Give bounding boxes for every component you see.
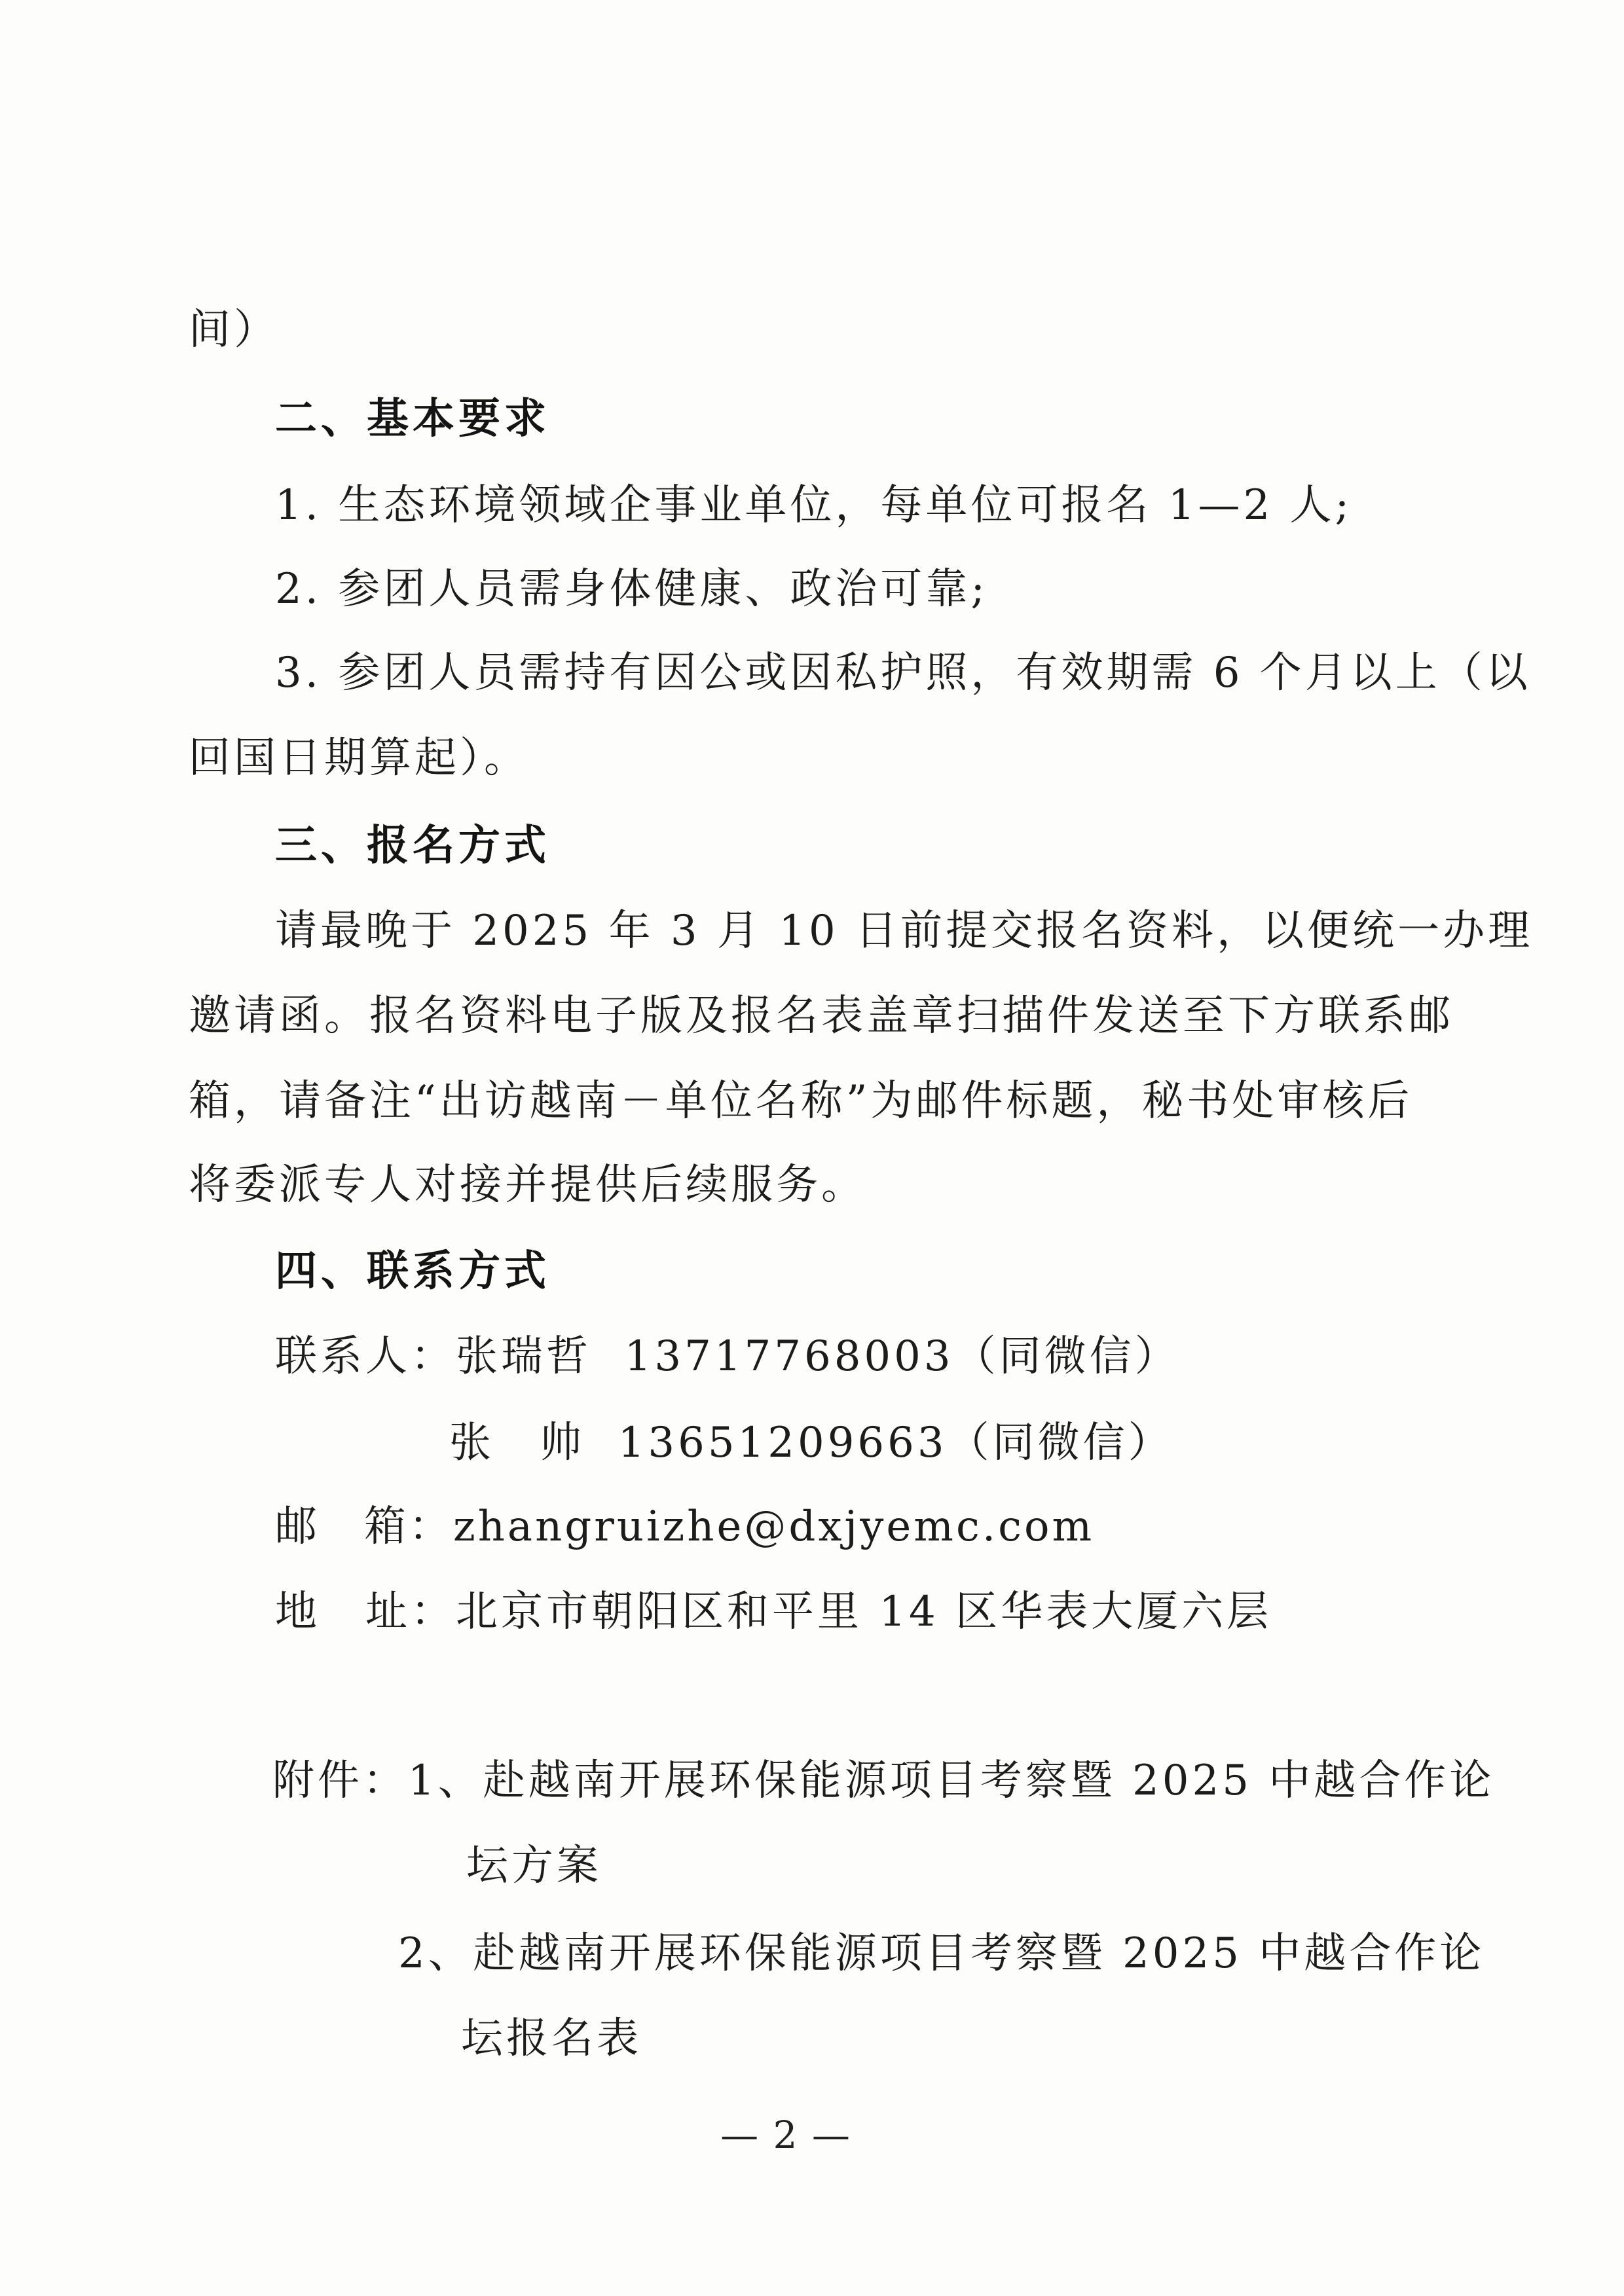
carryover-line: 间） xyxy=(189,309,279,351)
requirement-item-3-line-1: 3. 参团人员需持有因公或因私护照，有效期需 6 个月以上（以 xyxy=(275,652,1531,694)
registration-para-line-2: 邀请函。报名资料电子版及报名表盖章扫描件发送至下方联系邮 xyxy=(189,995,1454,1037)
page-number-footer: — 2 — xyxy=(0,2116,1572,2154)
registration-para-line-3: 箱，请备注“出访越南－单位名称”为邮件标题，秘书处审核后 xyxy=(189,1080,1412,1122)
section-heading-basic-requirements: 二、基本要求 xyxy=(275,398,550,440)
attachment-line-4: 坛报名表 xyxy=(461,2018,642,2060)
registration-para-line-4: 将委派专人对接并提供后续服务。 xyxy=(189,1164,866,1206)
contact-email-line: 邮 箱：zhangruizhe@dxjyemc.com xyxy=(275,1506,1094,1548)
registration-para-line-1: 请最晚于 2025 年 3 月 10 日前提交报名资料，以便统一办理 xyxy=(275,910,1533,952)
document-page: 间） 二、基本要求 1. 生态环境领域企事业单位，每单位可报名 1—2 人; 2… xyxy=(0,0,1624,2296)
attachment-line-1: 附件：1、赴越南开展环保能源项目考察暨 2025 中越合作论 xyxy=(272,1760,1494,1802)
attachment-line-3: 2、赴越南开展环保能源项目考察暨 2025 中越合作论 xyxy=(398,1933,1485,1975)
requirement-item-3-line-2: 回国日期算起）。 xyxy=(189,737,529,779)
contact-person-2: 张 帅 13651209663（同微信） xyxy=(449,1422,1173,1464)
requirement-item-1: 1. 生态环境领域企事业单位，每单位可报名 1—2 人; xyxy=(275,484,1352,526)
attachment-line-2: 坛方案 xyxy=(466,1845,602,1887)
section-heading-registration: 三、报名方式 xyxy=(275,825,550,867)
contact-person-1: 联系人：张瑞哲 13717768003（同微信） xyxy=(275,1336,1180,1377)
contact-address-line: 地 址：北京市朝阳区和平里 14 区华表大厦六层 xyxy=(275,1591,1272,1633)
requirement-item-2: 2. 参团人员需身体健康、政治可靠; xyxy=(275,568,988,610)
section-heading-contact: 四、联系方式 xyxy=(275,1250,550,1292)
